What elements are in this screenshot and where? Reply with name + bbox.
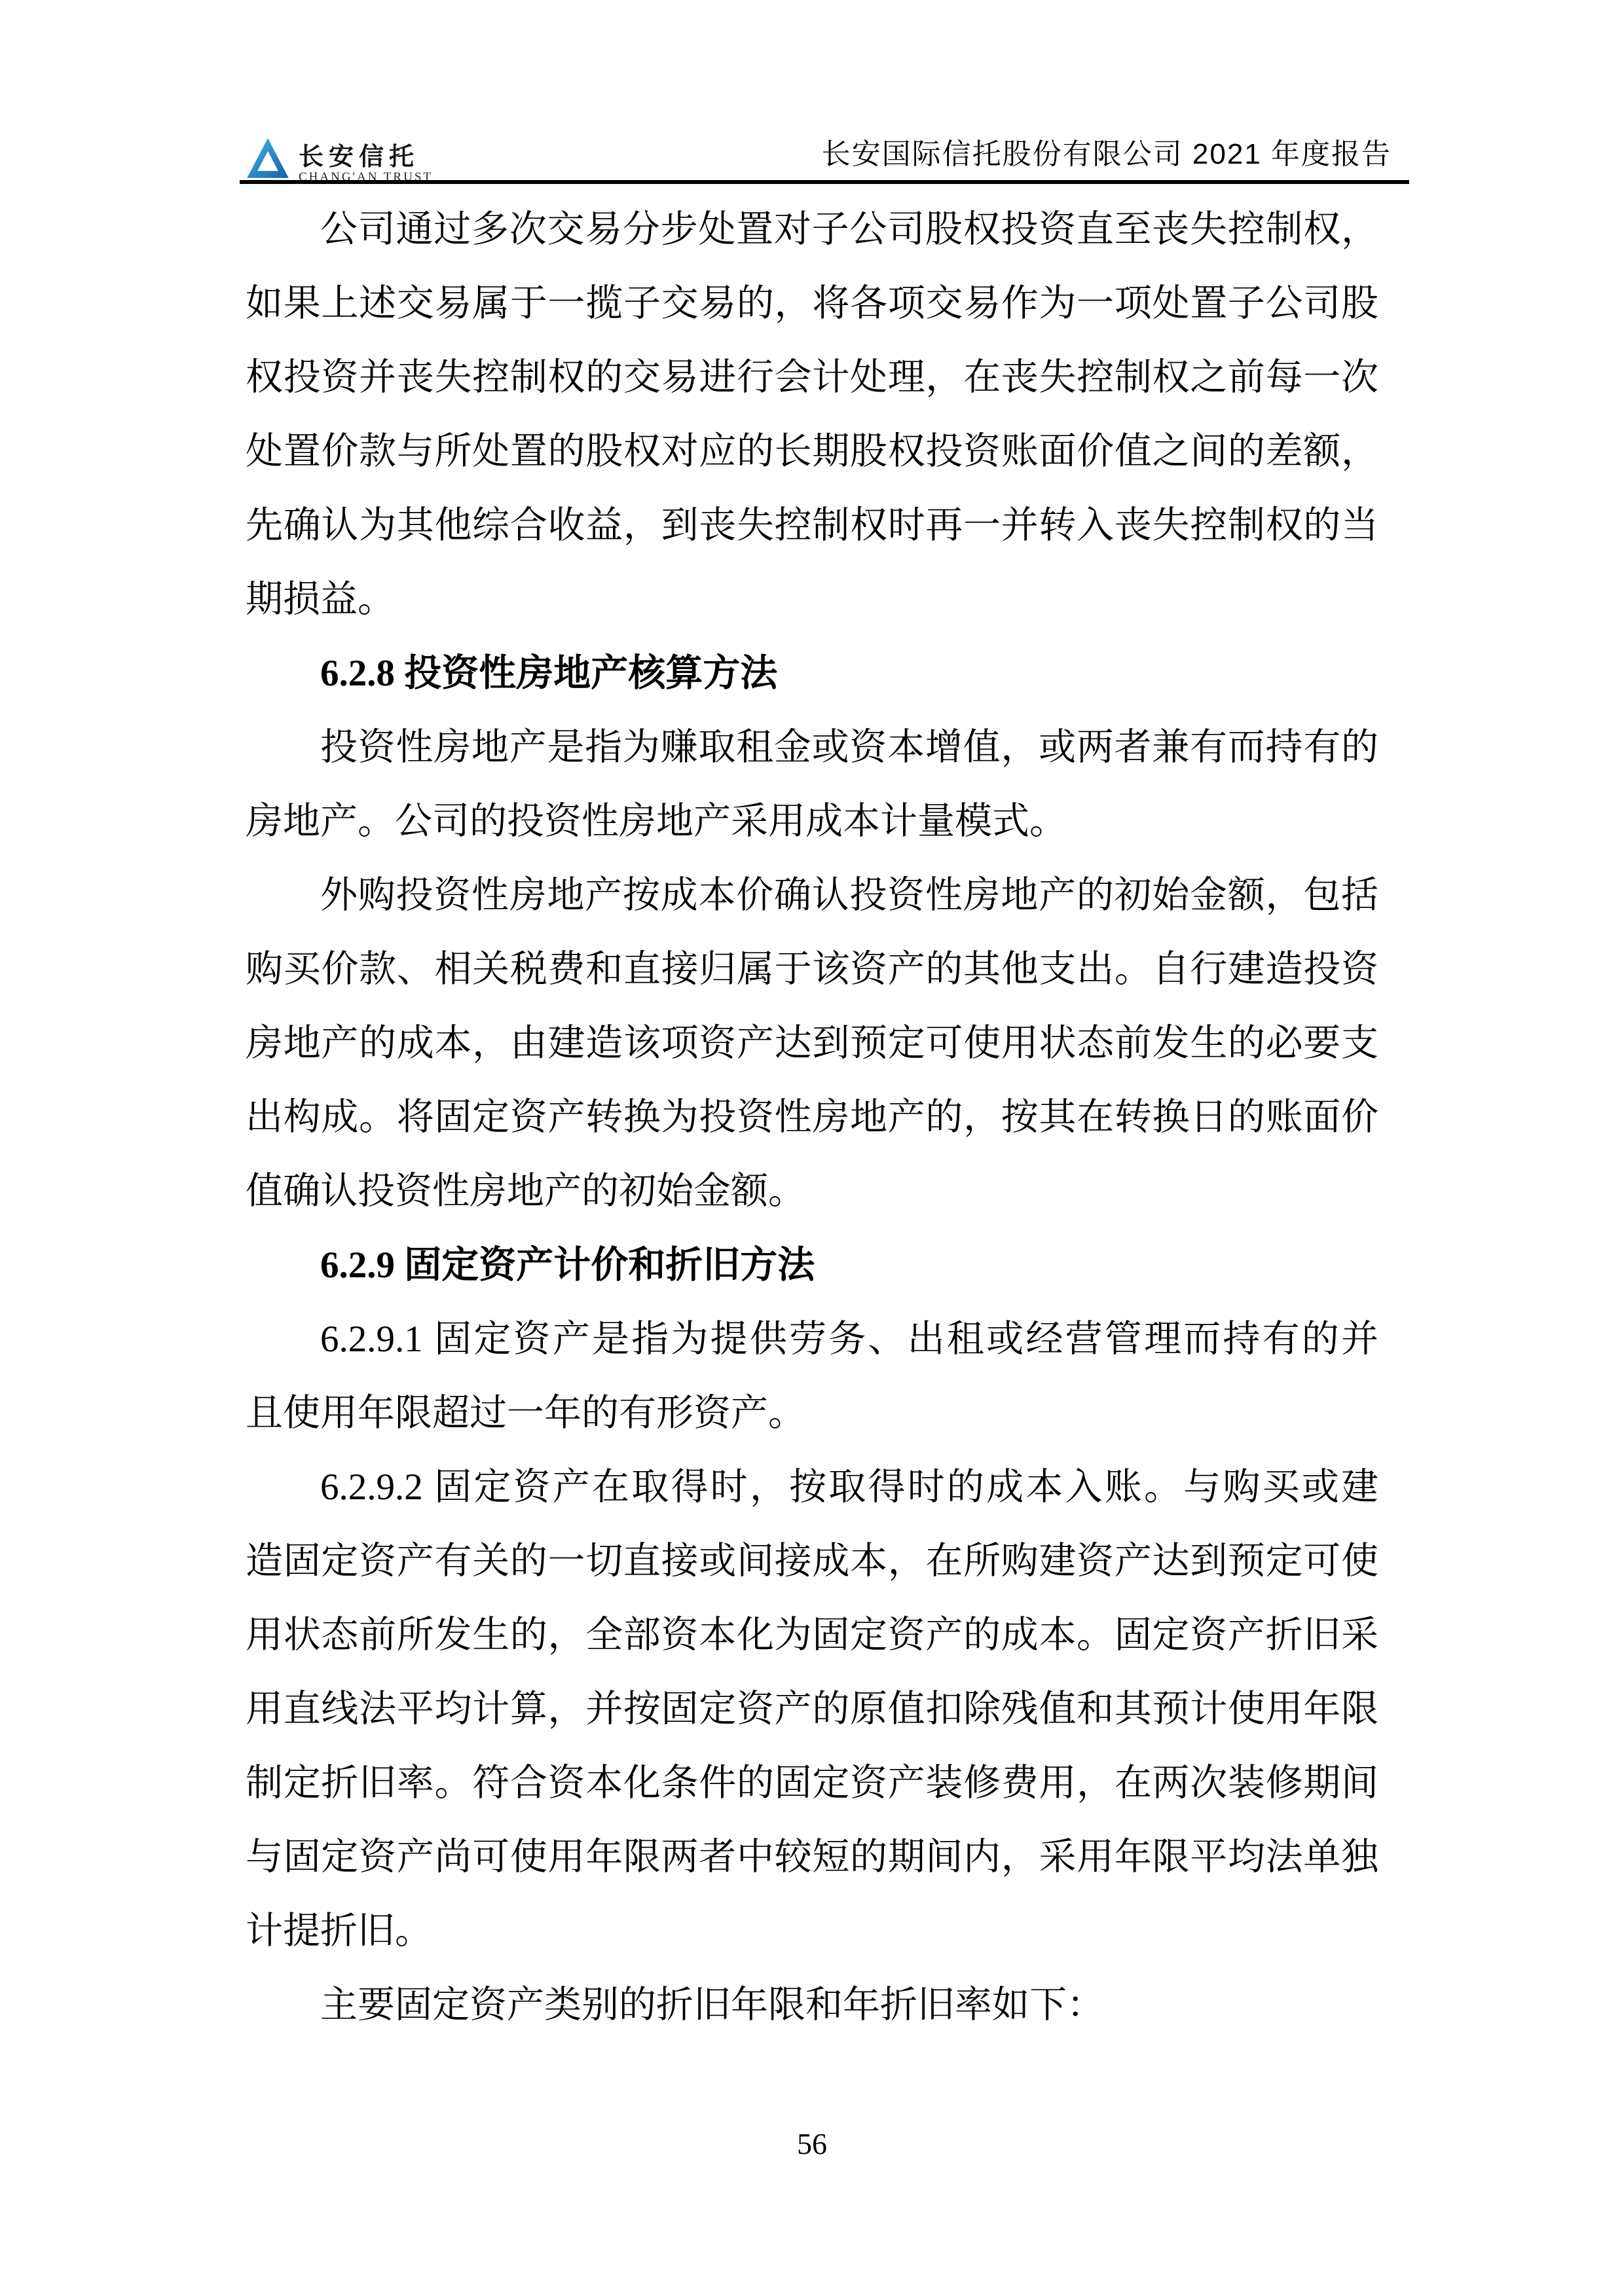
text-line: 购买价款、相关税费和直接归属于该资产的其他支出。自行建造投资 <box>246 932 1378 1006</box>
report-title: 长安国际信托股份有限公司 2021 年度报告 <box>822 139 1392 170</box>
text-line: 且使用年限超过一年的有形资产。 <box>246 1376 1378 1450</box>
text-line: 如果上述交易属于一揽子交易的，将各项交易作为一项处置子公司股 <box>246 266 1378 340</box>
section-heading: 6.2.8 投资性房地产核算方法 <box>246 636 1378 710</box>
section-heading: 6.2.9 固定资产计价和折旧方法 <box>246 1228 1378 1302</box>
text-line: 6.2.9.2 固定资产在取得时，按取得时的成本入账。与购买或建 <box>246 1450 1378 1524</box>
text-line: 期损益。 <box>246 562 1378 636</box>
text-line: 公司通过多次交易分步处置对子公司股权投资直至丧失控制权， <box>246 192 1378 266</box>
text-line: 计提折旧。 <box>246 1894 1378 1968</box>
text-line: 出构成。将固定资产转换为投资性房地产的，按其在转换日的账面价 <box>246 1080 1378 1154</box>
text-line: 权投资并丧失控制权的交易进行会计处理，在丧失控制权之前每一次 <box>246 340 1378 414</box>
text-line: 值确认投资性房地产的初始金额。 <box>246 1154 1378 1228</box>
logo-text-block: 长安信托 CHANG'AN TRUST <box>299 134 433 185</box>
page-header: 长安信托 CHANG'AN TRUST 长安国际信托股份有限公司 2021 年度… <box>0 0 1624 190</box>
text-line: 主要固定资产类别的折旧年限和年折旧率如下： <box>246 1968 1378 2042</box>
triangle-logo-icon <box>246 136 289 183</box>
text-line: 投资性房地产是指为赚取租金或资本增值，或两者兼有而持有的 <box>246 710 1378 784</box>
text-line: 房地产。公司的投资性房地产采用成本计量模式。 <box>246 784 1378 858</box>
text-line: 先确认为其他综合收益，到丧失控制权时再一并转入丧失控制权的当 <box>246 488 1378 562</box>
document-body: 公司通过多次交易分步处置对子公司股权投资直至丧失控制权，如果上述交易属于一揽子交… <box>246 192 1378 2042</box>
text-line: 用直线法平均计算，并按固定资产的原值扣除残值和其预计使用年限 <box>246 1672 1378 1746</box>
text-line: 外购投资性房地产按成本价确认投资性房地产的初始金额，包括 <box>246 858 1378 932</box>
text-line: 房地产的成本，由建造该项资产达到预定可使用状态前发生的必要支 <box>246 1006 1378 1080</box>
page-number: 56 <box>0 2126 1624 2161</box>
text-line: 制定折旧率。符合资本化条件的固定资产装修费用，在两次装修期间 <box>246 1746 1378 1820</box>
text-line: 6.2.9.1 固定资产是指为提供劳务、出租或经营管理而持有的并 <box>246 1302 1378 1376</box>
logo-cn-label: 长安信托 <box>299 144 433 170</box>
text-line: 用状态前所发生的，全部资本化为固定资产的成本。固定资产折旧采 <box>246 1598 1378 1672</box>
header-divider <box>240 180 1409 184</box>
text-line: 造固定资产有关的一切直接或间接成本，在所购建资产达到预定可使 <box>246 1524 1378 1598</box>
report-page: { "header": { "logo": { "cn": "长安信托", "e… <box>0 0 1624 2296</box>
text-line: 处置价款与所处置的股权对应的长期股权投资账面价值之间的差额， <box>246 414 1378 488</box>
text-line: 与固定资产尚可使用年限两者中较短的期间内，采用年限平均法单独 <box>246 1820 1378 1894</box>
